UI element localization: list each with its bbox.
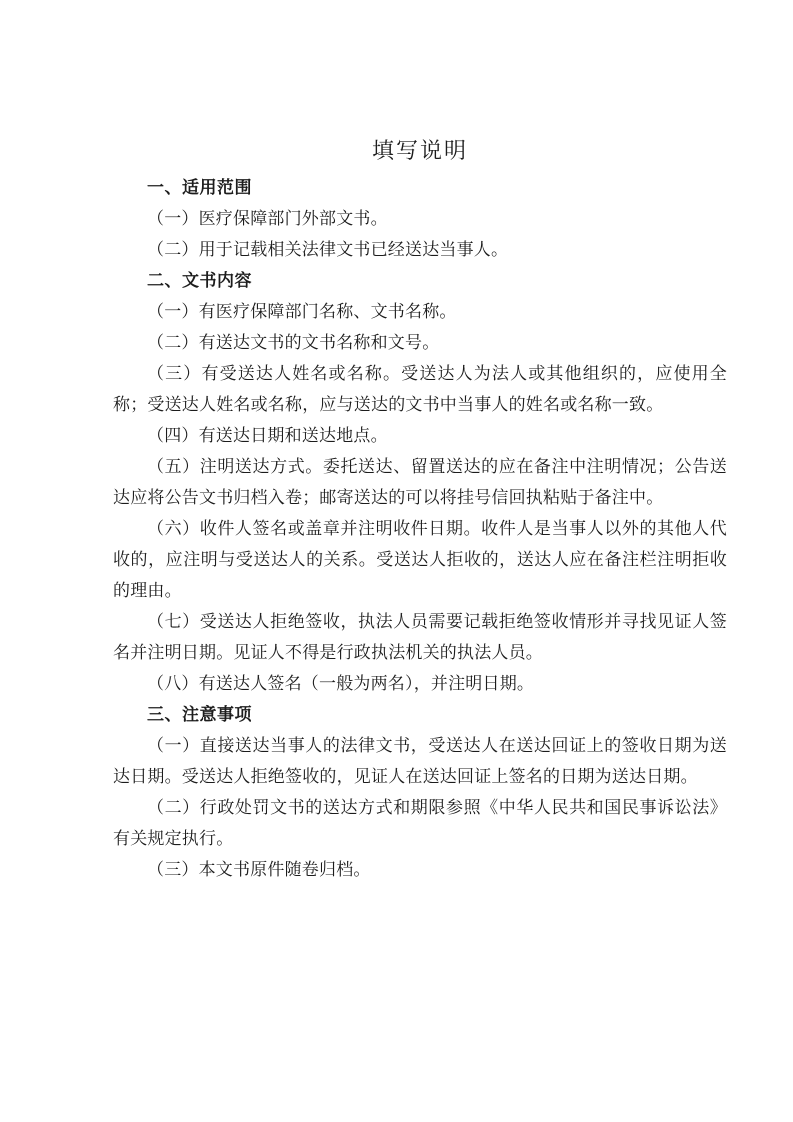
paragraph: （一）有医疗保障部门名称、文书名称。 bbox=[113, 296, 727, 327]
section-scope-heading: 一、适用范围 bbox=[113, 172, 727, 203]
paragraph: （二）有送达文书的文书名称和文号。 bbox=[113, 327, 727, 358]
paragraph: （七）受送达人拒绝签收，执法人员需要记载拒绝签收情形并寻找见证人签名并注明日期。… bbox=[113, 606, 727, 668]
section-scope: 一、适用范围 （一）医疗保障部门外部文书。 （二）用于记载相关法律文书已经送达当… bbox=[113, 172, 727, 265]
paragraph: （六）收件人签名或盖章并注明收件日期。收件人是当事人以外的其他人代收的，应注明与… bbox=[113, 513, 727, 606]
paragraph: （一）直接送达当事人的法律文书，受送达人在送达回证上的签收日期为送达日期。受送达… bbox=[113, 730, 727, 792]
paragraph: （一）医疗保障部门外部文书。 bbox=[113, 203, 727, 234]
section-contents-heading: 二、文书内容 bbox=[113, 265, 727, 296]
document-content: 填写说明 一、适用范围 （一）医疗保障部门外部文书。 （二）用于记载相关法律文书… bbox=[113, 136, 727, 885]
paragraph: （四）有送达日期和送达地点。 bbox=[113, 420, 727, 451]
paragraph: （八）有送达人签名（一般为两名），并注明日期。 bbox=[113, 668, 727, 699]
paragraph: （二）行政处罚文书的送达方式和期限参照《中华人民共和国民事诉讼法》有关规定执行。 bbox=[113, 792, 727, 854]
paragraph: （二）用于记载相关法律文书已经送达当事人。 bbox=[113, 234, 727, 265]
section-contents: 二、文书内容 （一）有医疗保障部门名称、文书名称。 （二）有送达文书的文书名称和… bbox=[113, 265, 727, 699]
document-page: 填写说明 一、适用范围 （一）医疗保障部门外部文书。 （二）用于记载相关法律文书… bbox=[0, 0, 793, 1122]
paragraph: （三）有受送达人姓名或名称。受送达人为法人或其他组织的，应使用全称；受送达人姓名… bbox=[113, 358, 727, 420]
section-notes: 三、注意事项 （一）直接送达当事人的法律文书，受送达人在送达回证上的签收日期为送… bbox=[113, 699, 727, 885]
section-notes-heading: 三、注意事项 bbox=[113, 699, 727, 730]
paragraph: （五）注明送达方式。委托送达、留置送达的应在备注中注明情况；公告送达应将公告文书… bbox=[113, 451, 727, 513]
page-title: 填写说明 bbox=[113, 136, 727, 166]
paragraph: （三）本文书原件随卷归档。 bbox=[113, 854, 727, 885]
